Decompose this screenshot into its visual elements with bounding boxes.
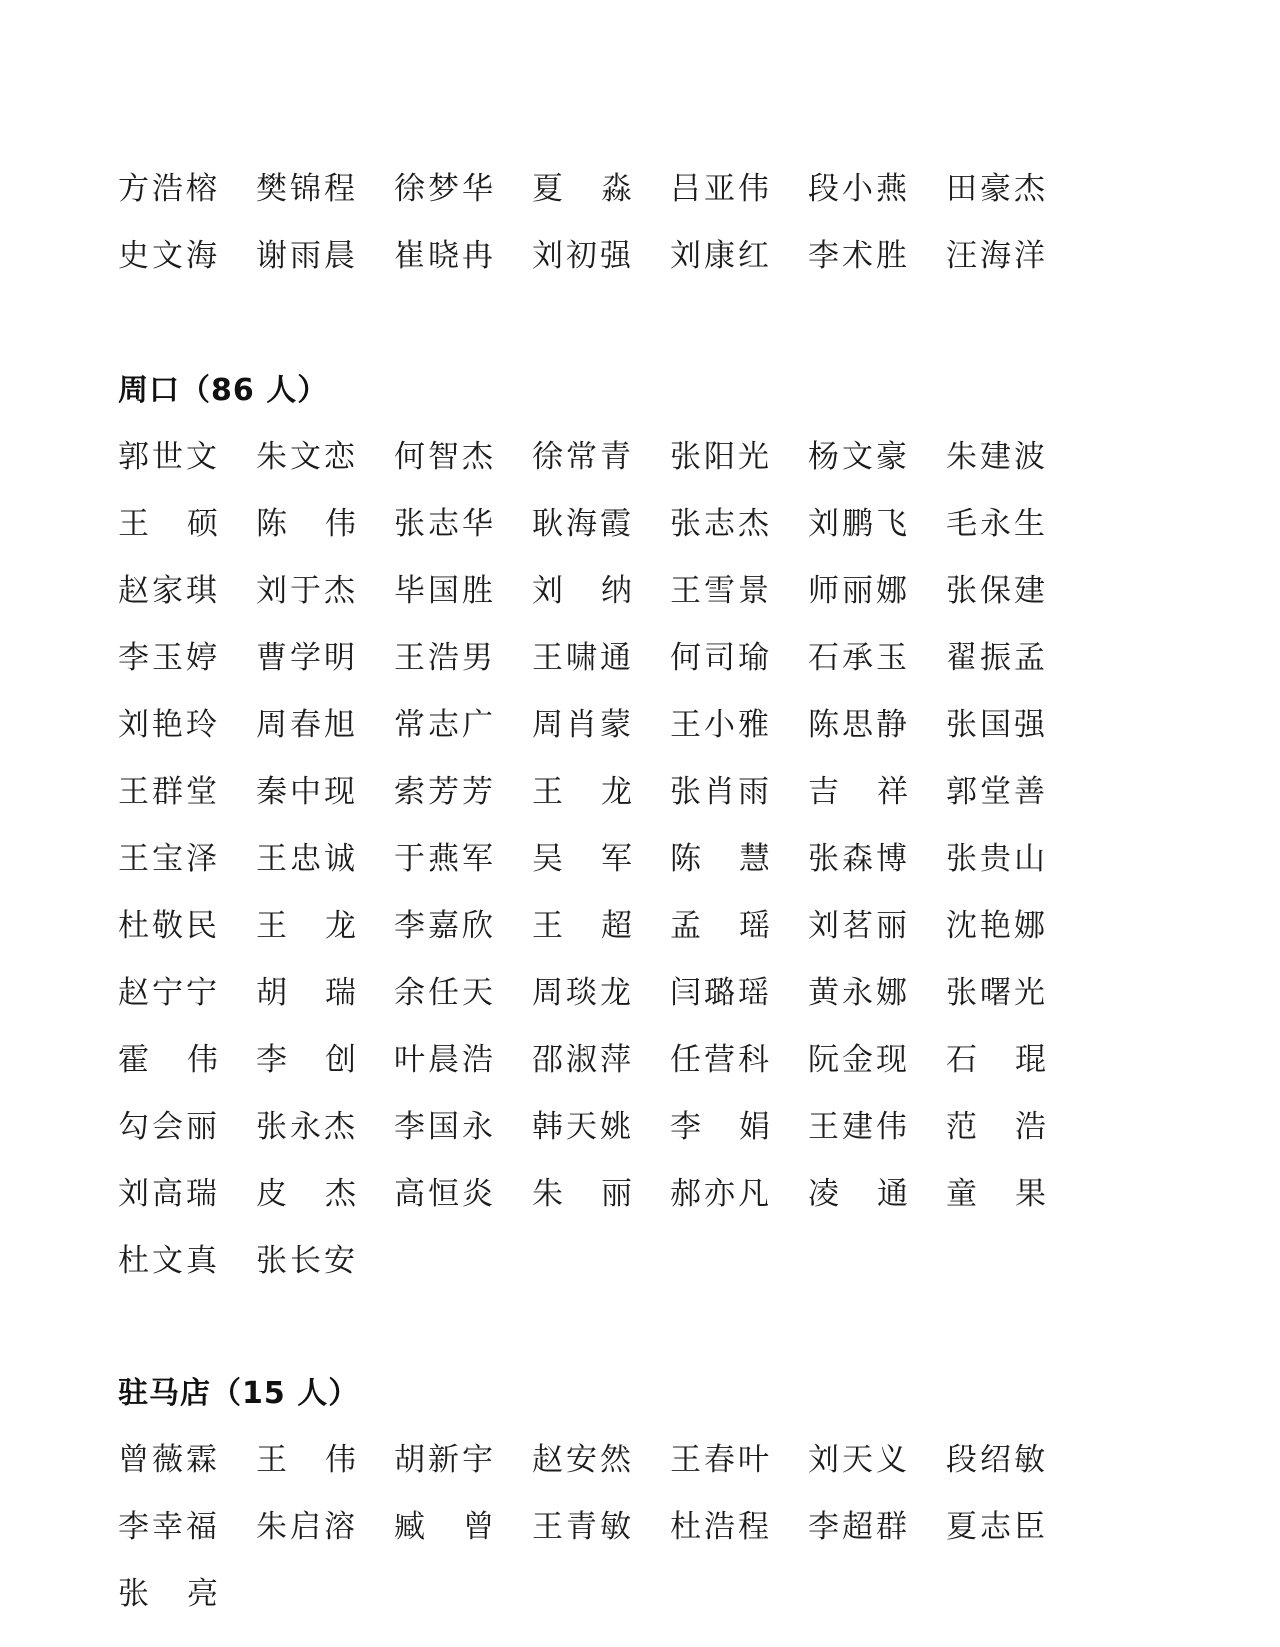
name-entry: 赵宁宁	[118, 960, 218, 1027]
name-entry: 赵安然	[532, 1427, 632, 1494]
name-char: 杰	[325, 1161, 356, 1228]
name-entry: 朱启溶	[256, 1494, 356, 1561]
name-entry: 曾薇霖	[118, 1427, 218, 1494]
name-entry: 王群堂	[118, 759, 218, 826]
section-title: 周口（86 人）	[118, 357, 1178, 424]
name-entry: 徐梦华	[394, 156, 494, 223]
name-entry: 李幸福	[118, 1494, 218, 1561]
name-char: 创	[325, 1027, 356, 1094]
name-entry: 李嘉欣	[394, 893, 494, 960]
name-entry: 赵家琪	[118, 558, 218, 625]
name-entry: 王啸通	[532, 625, 632, 692]
name-entry: 何智杰	[394, 424, 494, 491]
name-entry: 张森博	[808, 826, 908, 893]
name-char: 王	[256, 893, 287, 960]
name-entry: 张志华	[394, 491, 494, 558]
name-entry: 张长安	[256, 1228, 356, 1295]
name-entry: 张阳光	[670, 424, 770, 491]
name-entry: 孟瑶	[670, 893, 770, 960]
name-char: 夏	[532, 156, 563, 223]
name-entry: 余任天	[394, 960, 494, 1027]
name-entry: 常志广	[394, 692, 494, 759]
name-entry: 刘纳	[532, 558, 632, 625]
name-char: 童	[946, 1161, 977, 1228]
name-entry: 刘茗丽	[808, 893, 908, 960]
name-entry: 王忠诚	[256, 826, 356, 893]
name-char: 果	[1015, 1161, 1046, 1228]
name-entry: 王青敏	[532, 1494, 632, 1561]
name-entry: 皮杰	[256, 1161, 356, 1228]
name-entry: 王建伟	[808, 1094, 908, 1161]
document-page: 方浩榕樊锦程徐梦华夏淼吕亚伟段小燕田豪杰史文海谢雨晨崔晓冉刘初强刘康红李术胜汪海…	[0, 0, 1280, 1647]
name-char: 李	[670, 1094, 701, 1161]
name-entry: 李术胜	[808, 223, 908, 290]
name-entry: 朱文恋	[256, 424, 356, 491]
name-entry: 田豪杰	[946, 156, 1046, 223]
name-entry: 刘艳玲	[118, 692, 218, 759]
name-char: 王	[532, 759, 563, 826]
name-entry: 耿海霞	[532, 491, 632, 558]
name-entry: 刘天义	[808, 1427, 908, 1494]
name-char: 伟	[325, 1427, 356, 1494]
name-char: 娟	[739, 1094, 770, 1161]
name-entry: 曹学明	[256, 625, 356, 692]
name-entry: 石承玉	[808, 625, 908, 692]
name-entry: 吴军	[532, 826, 632, 893]
name-entry: 胡瑞	[256, 960, 356, 1027]
name-char: 龙	[325, 893, 356, 960]
name-entry: 毕国胜	[394, 558, 494, 625]
name-entry: 朱丽	[532, 1161, 632, 1228]
name-char: 刘	[532, 558, 563, 625]
name-entry: 汪海洋	[946, 223, 1046, 290]
name-char: 范	[946, 1094, 977, 1161]
name-char: 慧	[739, 826, 770, 893]
name-entry: 王龙	[256, 893, 356, 960]
name-entry: 张亮	[118, 1561, 218, 1628]
name-entry: 何司瑜	[670, 625, 770, 692]
name-char: 陈	[670, 826, 701, 893]
name-grid: 曾薇霖王伟胡新宇赵安然王春叶刘天义段绍敏李幸福朱启溶臧曾王青敏杜浩程李超群夏志臣…	[118, 1427, 1178, 1628]
name-entry: 段小燕	[808, 156, 908, 223]
name-char: 丽	[601, 1161, 632, 1228]
name-grid: 郭世文朱文恋何智杰徐常青张阳光杨文豪朱建波王硕陈伟张志华耿海霞张志杰刘鹏飞毛永生…	[118, 424, 1178, 1295]
name-entry: 杜浩程	[670, 1494, 770, 1561]
name-char: 瑶	[739, 893, 770, 960]
name-entry: 王龙	[532, 759, 632, 826]
name-entry: 夏淼	[532, 156, 632, 223]
name-entry: 王伟	[256, 1427, 356, 1494]
name-entry: 王宝泽	[118, 826, 218, 893]
name-entry: 张肖雨	[670, 759, 770, 826]
name-char: 伟	[325, 491, 356, 558]
name-entry: 胡新宇	[394, 1427, 494, 1494]
name-entry: 勾会丽	[118, 1094, 218, 1161]
name-entry: 黄永娜	[808, 960, 908, 1027]
name-char: 孟	[670, 893, 701, 960]
name-entry: 樊锦程	[256, 156, 356, 223]
name-entry: 杜敬民	[118, 893, 218, 960]
name-entry: 张国强	[946, 692, 1046, 759]
name-entry: 陈慧	[670, 826, 770, 893]
name-char: 皮	[256, 1161, 287, 1228]
name-entry: 索芳芳	[394, 759, 494, 826]
name-entry: 范浩	[946, 1094, 1046, 1161]
name-char: 凌	[808, 1161, 839, 1228]
section-zhumadian: 驻马店（15 人） 曾薇霖王伟胡新宇赵安然王春叶刘天义段绍敏李幸福朱启溶臧曾王青…	[118, 1360, 1178, 1628]
name-entry: 王超	[532, 893, 632, 960]
name-char: 李	[256, 1027, 287, 1094]
name-entry: 童果	[946, 1161, 1046, 1228]
name-entry: 方浩榕	[118, 156, 218, 223]
name-entry: 吉祥	[808, 759, 908, 826]
name-entry: 邵淑萍	[532, 1027, 632, 1094]
name-char: 霍	[118, 1027, 149, 1094]
name-entry: 秦中现	[256, 759, 356, 826]
name-entry: 张曙光	[946, 960, 1046, 1027]
name-entry: 王硕	[118, 491, 218, 558]
name-entry: 凌通	[808, 1161, 908, 1228]
name-char: 通	[877, 1161, 908, 1228]
name-char: 张	[118, 1561, 149, 1628]
name-entry: 任营科	[670, 1027, 770, 1094]
name-entry: 王小雅	[670, 692, 770, 759]
name-entry: 王雪景	[670, 558, 770, 625]
name-entry: 夏志臣	[946, 1494, 1046, 1561]
name-entry: 沈艳娜	[946, 893, 1046, 960]
name-entry: 吕亚伟	[670, 156, 770, 223]
name-entry: 臧曾	[394, 1494, 494, 1561]
name-entry: 王春叶	[670, 1427, 770, 1494]
name-entry: 李国永	[394, 1094, 494, 1161]
name-char: 朱	[532, 1161, 563, 1228]
name-char: 军	[601, 826, 632, 893]
name-char: 胡	[256, 960, 287, 1027]
name-char: 纳	[601, 558, 632, 625]
name-entry: 王浩男	[394, 625, 494, 692]
name-entry: 杜文真	[118, 1228, 218, 1295]
name-entry: 陈思静	[808, 692, 908, 759]
name-entry: 周肖蒙	[532, 692, 632, 759]
name-entry: 李超群	[808, 1494, 908, 1561]
name-char: 王	[256, 1427, 287, 1494]
name-char: 亮	[187, 1561, 218, 1628]
name-entry: 刘康红	[670, 223, 770, 290]
name-char: 王	[118, 491, 149, 558]
name-char: 瑞	[325, 960, 356, 1027]
name-entry: 刘鹏飞	[808, 491, 908, 558]
name-entry: 张永杰	[256, 1094, 356, 1161]
name-entry: 叶晨浩	[394, 1027, 494, 1094]
name-entry: 李玉婷	[118, 625, 218, 692]
name-grid: 方浩榕樊锦程徐梦华夏淼吕亚伟段小燕田豪杰史文海谢雨晨崔晓冉刘初强刘康红李术胜汪海…	[118, 156, 1178, 290]
name-entry: 周春旭	[256, 692, 356, 759]
name-entry: 于燕军	[394, 826, 494, 893]
name-char: 祥	[877, 759, 908, 826]
section-zhoukou: 周口（86 人） 郭世文朱文恋何智杰徐常青张阳光杨文豪朱建波王硕陈伟张志华耿海霞…	[118, 357, 1178, 1295]
name-char: 吴	[532, 826, 563, 893]
name-entry: 郭堂善	[946, 759, 1046, 826]
name-entry: 谢雨晨	[256, 223, 356, 290]
name-char: 硕	[187, 491, 218, 558]
name-char: 浩	[1015, 1094, 1046, 1161]
name-entry: 闫璐瑶	[670, 960, 770, 1027]
name-entry: 段绍敏	[946, 1427, 1046, 1494]
name-entry: 郝亦凡	[670, 1161, 770, 1228]
name-entry: 朱建波	[946, 424, 1046, 491]
name-char: 淼	[601, 156, 632, 223]
name-entry: 张志杰	[670, 491, 770, 558]
name-entry: 刘初强	[532, 223, 632, 290]
name-entry: 杨文豪	[808, 424, 908, 491]
name-char: 伟	[187, 1027, 218, 1094]
name-char: 曾	[463, 1494, 494, 1561]
name-entry: 张贵山	[946, 826, 1046, 893]
name-char: 王	[532, 893, 563, 960]
name-entry: 张保建	[946, 558, 1046, 625]
name-entry: 师丽娜	[808, 558, 908, 625]
name-entry: 周琰龙	[532, 960, 632, 1027]
section-title: 驻马店（15 人）	[118, 1360, 1178, 1427]
name-char: 吉	[808, 759, 839, 826]
name-entry: 石琨	[946, 1027, 1046, 1094]
name-entry: 翟振孟	[946, 625, 1046, 692]
name-entry: 毛永生	[946, 491, 1046, 558]
name-entry: 霍伟	[118, 1027, 218, 1094]
name-entry: 崔晓冉	[394, 223, 494, 290]
name-entry: 郭世文	[118, 424, 218, 491]
name-entry: 徐常青	[532, 424, 632, 491]
name-entry: 陈伟	[256, 491, 356, 558]
name-char: 臧	[394, 1494, 425, 1561]
name-char: 石	[946, 1027, 977, 1094]
name-entry: 李娟	[670, 1094, 770, 1161]
name-entry: 刘高瑞	[118, 1161, 218, 1228]
name-entry: 李创	[256, 1027, 356, 1094]
name-char: 龙	[601, 759, 632, 826]
name-entry: 高恒炎	[394, 1161, 494, 1228]
name-entry: 刘于杰	[256, 558, 356, 625]
name-char: 陈	[256, 491, 287, 558]
name-entry: 史文海	[118, 223, 218, 290]
name-char: 超	[601, 893, 632, 960]
section-continued-list: 方浩榕樊锦程徐梦华夏淼吕亚伟段小燕田豪杰史文海谢雨晨崔晓冉刘初强刘康红李术胜汪海…	[118, 156, 1178, 290]
name-entry: 阮金现	[808, 1027, 908, 1094]
name-entry: 韩天姚	[532, 1094, 632, 1161]
name-char: 琨	[1015, 1027, 1046, 1094]
